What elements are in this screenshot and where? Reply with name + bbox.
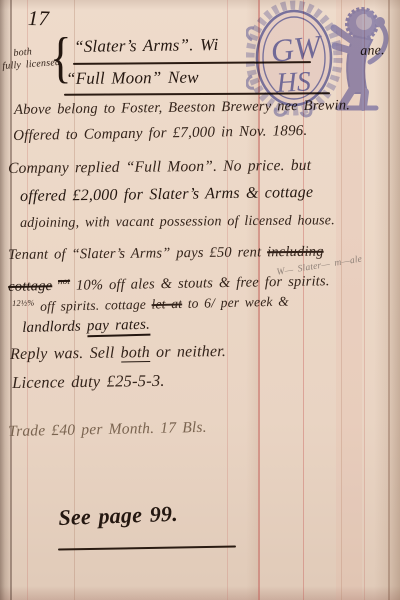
struck-word-let-at: let at	[151, 296, 182, 312]
reply-text-c: or neither.	[150, 343, 226, 361]
handwriting-line-trade: Trade £40 per Month. 17 Bls.	[8, 419, 207, 441]
handwriting-line-offered-2000: offered £2,000 for Slater’s Arms & cotta…	[20, 184, 313, 206]
struck-word-cottage: cottage	[8, 278, 52, 295]
pay-rates-underlined: pay rates.	[87, 317, 151, 338]
ledger-page-scan: 17 both fully licensed { “Slater’s Arms”…	[0, 0, 400, 600]
handwriting-line-tenant-rent: Tenant of “Slater’s Arms” pays £50 rent …	[8, 244, 324, 264]
handwriting-line-company-reply: Company replied “Full Moon”. No price. b…	[8, 157, 311, 178]
handwriting-line-landlords-rates: landlords pay rates.	[22, 317, 150, 337]
struck-word-not: not	[58, 276, 70, 286]
landlords-text: landlords	[22, 318, 87, 336]
gwhs-crest-stamp: GW HS	[246, 0, 398, 125]
handwriting-line-licence-duty: Licence duty £25-5-3.	[12, 371, 165, 393]
margin-note-both: both	[13, 46, 32, 59]
handwriting-line-spirits-cottage: 12½% off spirits. cottage let at to 6/ p…	[12, 293, 289, 315]
page-number: 17	[28, 6, 50, 31]
entry-title-full-moon: “Full Moon” New	[66, 68, 199, 89]
monogram-gw: GW	[269, 28, 326, 69]
per-week-text: to 6/ per week &	[182, 294, 289, 311]
spirits-percent: 12½%	[12, 299, 35, 308]
handwriting-line-adjoining: adjoining, with vacant possession of lic…	[20, 213, 335, 232]
underline-stroke	[58, 545, 236, 550]
handwriting-line-see-page: See page 99.	[58, 501, 178, 531]
handwriting-line-reply: Reply was. Sell both or neither.	[10, 343, 226, 364]
entry-title-slaters-arms: “Slater’s Arms”. Wi	[74, 35, 219, 57]
monogram-hs: HS	[275, 66, 312, 99]
spirits-text: off spirits. cottage	[34, 297, 151, 314]
handwriting-line-offer-1896: Offered to Company for £7,000 in Nov. 18…	[13, 123, 308, 145]
reply-both-underlined: both	[121, 344, 150, 362]
reply-text-a: Reply was. Sell	[10, 344, 121, 363]
struck-word-including: including	[267, 244, 324, 261]
tenant-rent-text: Tenant of “Slater’s Arms” pays £50 rent	[8, 244, 267, 263]
discount-terms-text: 10% off ales & stouts & free for spirits…	[76, 273, 330, 293]
crest-stamp-graphic: GW HS	[246, 0, 398, 120]
